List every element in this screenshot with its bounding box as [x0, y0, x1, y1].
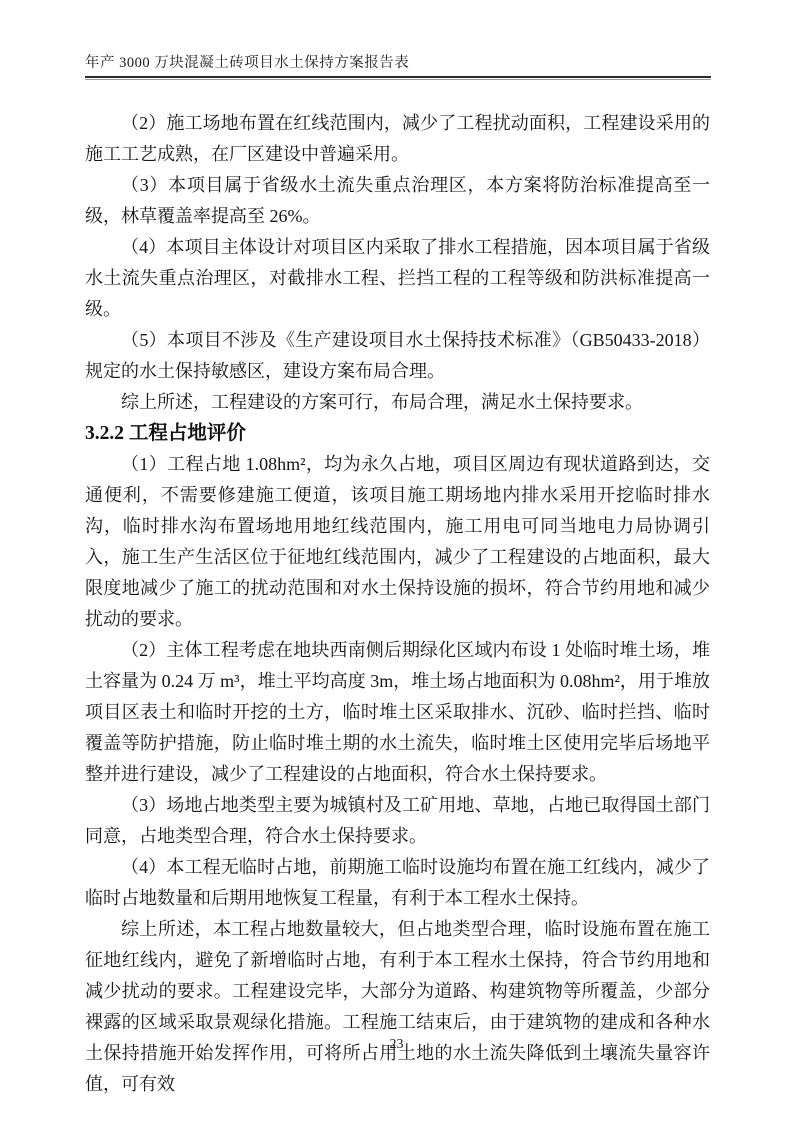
paragraph-5-technical-standard: （5）本项目不涉及《生产建设项目水土保持技术标准》（GB50433-2018）规… — [85, 325, 710, 387]
document-body: （2）施工场地布置在红线范围内，减少了工程扰动面积，工程建设采用的施工工艺成熟，… — [85, 108, 710, 1100]
header-title: 年产 3000 万块混凝土砖项目水土保持方案报告表 — [85, 54, 711, 72]
page-header: 年产 3000 万块混凝土砖项目水土保持方案报告表 — [85, 54, 711, 80]
paragraph-3-key-control-area: （3）本项目属于省级水土流失重点治理区，本方案将防治标准提高至一级，林草覆盖率提… — [85, 170, 710, 232]
paragraph-2-temporary-soil-yard: （2）主体工程考虑在地块西南侧后期绿化区域内布设 1 处临时堆土场，堆土容量为 … — [85, 635, 710, 790]
paragraph-1-land-occupation: （1）工程占地 1.08hm²，均为永久占地，项目区周边有现状道路到达，交通便利… — [85, 449, 710, 635]
section-heading-3-2-2: 3.2.2 工程占地评价 — [85, 418, 710, 449]
paragraph-3-land-type: （3）场地占地类型主要为城镇村及工矿用地、草地，占地已取得国土部门同意，占地类型… — [85, 790, 710, 852]
header-rule-thick — [85, 76, 711, 78]
page-footer: 23 — [0, 1035, 793, 1053]
document-page: 年产 3000 万块混凝土砖项目水土保持方案报告表 （2）施工场地布置在红线范围… — [0, 0, 793, 1122]
paragraph-summary-land: 综上所述，本工程占地数量较大，但占地类型合理，临时设施布置在施工征地红线内，避免… — [85, 914, 710, 1100]
header-rule-thin — [85, 79, 711, 80]
page-number: 23 — [390, 1037, 404, 1052]
paragraph-4-no-temporary-land: （4）本工程无临时占地，前期施工临时设施均布置在施工红线内，减少了临时占地数量和… — [85, 852, 710, 914]
paragraph-2-construction-site: （2）施工场地布置在红线范围内，减少了工程扰动面积，工程建设采用的施工工艺成熟，… — [85, 108, 710, 170]
paragraph-4-drainage-measures: （4）本项目主体设计对项目区内采取了排水工程措施，因本项目属于省级水土流失重点治… — [85, 232, 710, 325]
paragraph-summary-scheme: 综上所述，工程建设的方案可行，布局合理，满足水土保持要求。 — [85, 387, 710, 418]
